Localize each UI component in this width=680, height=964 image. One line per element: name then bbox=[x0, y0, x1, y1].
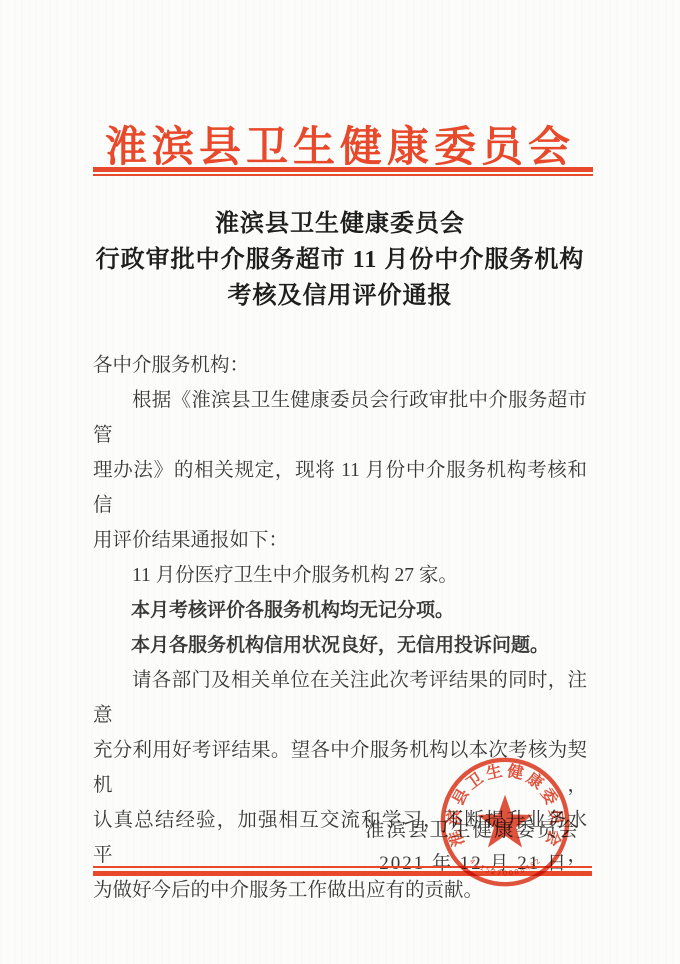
official-seal: 淮滨县卫生健康委员会 4115270008482 bbox=[437, 754, 573, 890]
document-page: 淮滨县卫生健康委员会 淮滨县卫生健康委员会 行政审批中介服务超市 11 月份中介… bbox=[0, 0, 680, 964]
document-title-line-1: 淮滨县卫生健康委员会 bbox=[40, 206, 640, 242]
body-line-salutation: 各中介服务机构： bbox=[93, 348, 587, 383]
body-line: 11 月份医疗卫生中介服务机构 27 家。 bbox=[93, 558, 587, 593]
document-title: 淮滨县卫生健康委员会 行政审批中介服务超市 11 月份中介服务机构 考核及信用评… bbox=[40, 206, 640, 314]
star-icon bbox=[477, 795, 532, 848]
body-line-emphasis: 本月各服务机构信用状况良好，无信用投诉问题。 bbox=[93, 628, 587, 663]
seal-code-text: 4115270008482 bbox=[468, 857, 542, 877]
body-line: 请各部门及相关单位在关注此次考评结果的同时，注意 bbox=[93, 663, 587, 733]
body-line-emphasis: 本月考核评价各服务机构均无记分项。 bbox=[93, 593, 587, 628]
letterhead-title: 淮滨县卫生健康委员会 bbox=[0, 114, 680, 174]
document-title-line-2: 行政审批中介服务超市 11 月份中介服务机构 bbox=[40, 242, 640, 278]
letterhead-rule-thin bbox=[93, 174, 593, 176]
body-line: 用评价结果通报如下： bbox=[93, 523, 587, 558]
body-line: 根据《淮滨县卫生健康委员会行政审批中介服务超市管 bbox=[93, 383, 587, 453]
letterhead-rule-thick bbox=[93, 167, 593, 172]
svg-text:4115270008482: 4115270008482 bbox=[468, 857, 542, 877]
body-line: 理办法》的相关规定，现将 11 月份中介服务机构考核和信 bbox=[93, 453, 587, 523]
document-title-line-3: 考核及信用评价通报 bbox=[40, 278, 640, 314]
